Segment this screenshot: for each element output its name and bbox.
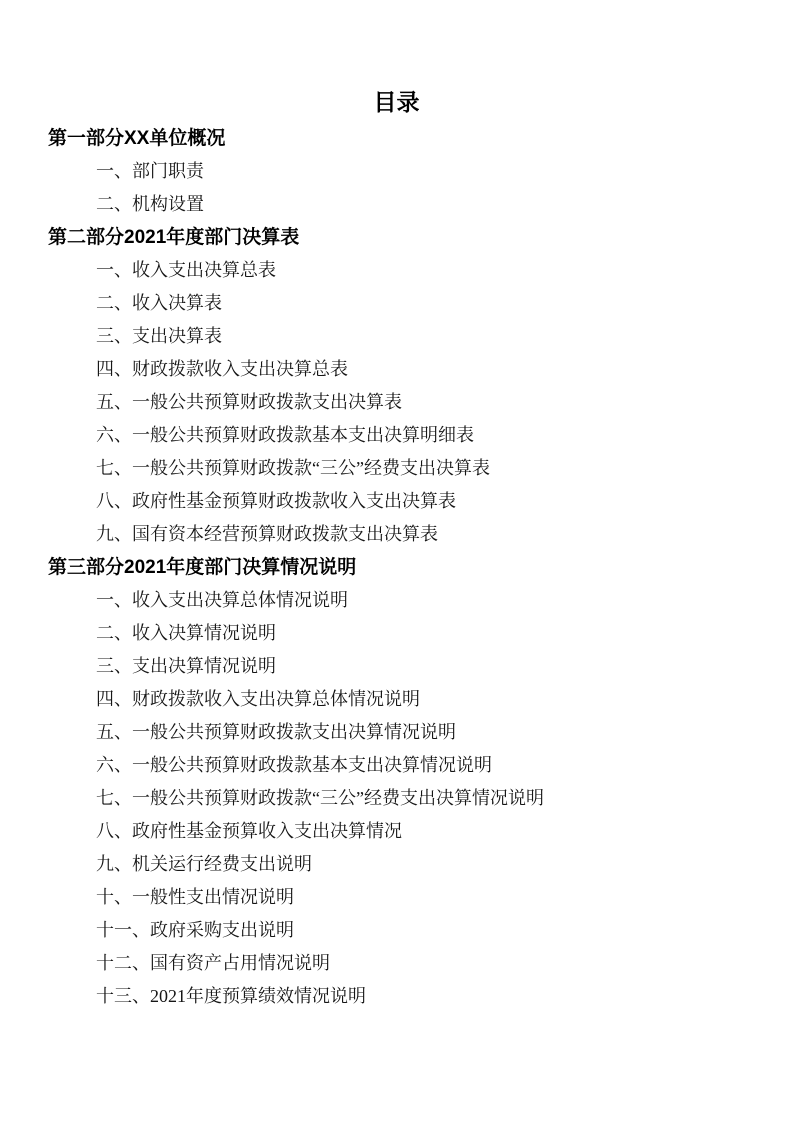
toc-item: 四、财政拨款收入支出决算总表 — [48, 353, 745, 386]
toc-item: 九、机关运行经费支出说明 — [48, 848, 745, 881]
toc-item: 一、收入支出决算总体情况说明 — [48, 584, 745, 617]
section-3-heading: 第三部分2021年度部门决算情况说明 — [48, 551, 745, 584]
toc-section-1: 第一部分XX单位概况 一、部门职责 二、机构设置 — [48, 122, 745, 221]
toc-item: 一、部门职责 — [48, 155, 745, 188]
toc-item: 十二、国有资产占用情况说明 — [48, 947, 745, 980]
toc-item: 五、一般公共预算财政拨款支出决算表 — [48, 386, 745, 419]
toc-title: 目录 — [48, 82, 745, 122]
toc-item: 十一、政府采购支出说明 — [48, 914, 745, 947]
toc-item: 二、收入决算情况说明 — [48, 617, 745, 650]
toc-item: 七、一般公共预算财政拨款“三公”经费支出决算表 — [48, 452, 745, 485]
toc-item: 五、一般公共预算财政拨款支出决算情况说明 — [48, 716, 745, 749]
document-page: 目录 第一部分XX单位概况 一、部门职责 二、机构设置 第二部分2021年度部门… — [0, 0, 793, 1122]
toc-item: 二、机构设置 — [48, 188, 745, 221]
toc-item: 十、一般性支出情况说明 — [48, 881, 745, 914]
toc-item: 七、一般公共预算财政拨款“三公”经费支出决算情况说明 — [48, 782, 745, 815]
toc-item: 六、一般公共预算财政拨款基本支出决算情况说明 — [48, 749, 745, 782]
toc-item: 四、财政拨款收入支出决算总体情况说明 — [48, 683, 745, 716]
toc-section-2: 第二部分2021年度部门决算表 一、收入支出决算总表 二、收入决算表 三、支出决… — [48, 221, 745, 551]
toc-item: 十三、2021年度预算绩效情况说明 — [48, 980, 745, 1013]
toc-item: 三、支出决算情况说明 — [48, 650, 745, 683]
toc-item: 六、一般公共预算财政拨款基本支出决算明细表 — [48, 419, 745, 452]
toc-item: 八、政府性基金预算收入支出决算情况 — [48, 815, 745, 848]
toc-section-3: 第三部分2021年度部门决算情况说明 一、收入支出决算总体情况说明 二、收入决算… — [48, 551, 745, 1013]
toc-item: 一、收入支出决算总表 — [48, 254, 745, 287]
toc-item: 二、收入决算表 — [48, 287, 745, 320]
toc-item: 八、政府性基金预算财政拨款收入支出决算表 — [48, 485, 745, 518]
toc-item: 九、国有资本经营预算财政拨款支出决算表 — [48, 518, 745, 551]
toc-item: 三、支出决算表 — [48, 320, 745, 353]
section-2-heading: 第二部分2021年度部门决算表 — [48, 221, 745, 254]
section-1-heading: 第一部分XX单位概况 — [48, 122, 745, 155]
